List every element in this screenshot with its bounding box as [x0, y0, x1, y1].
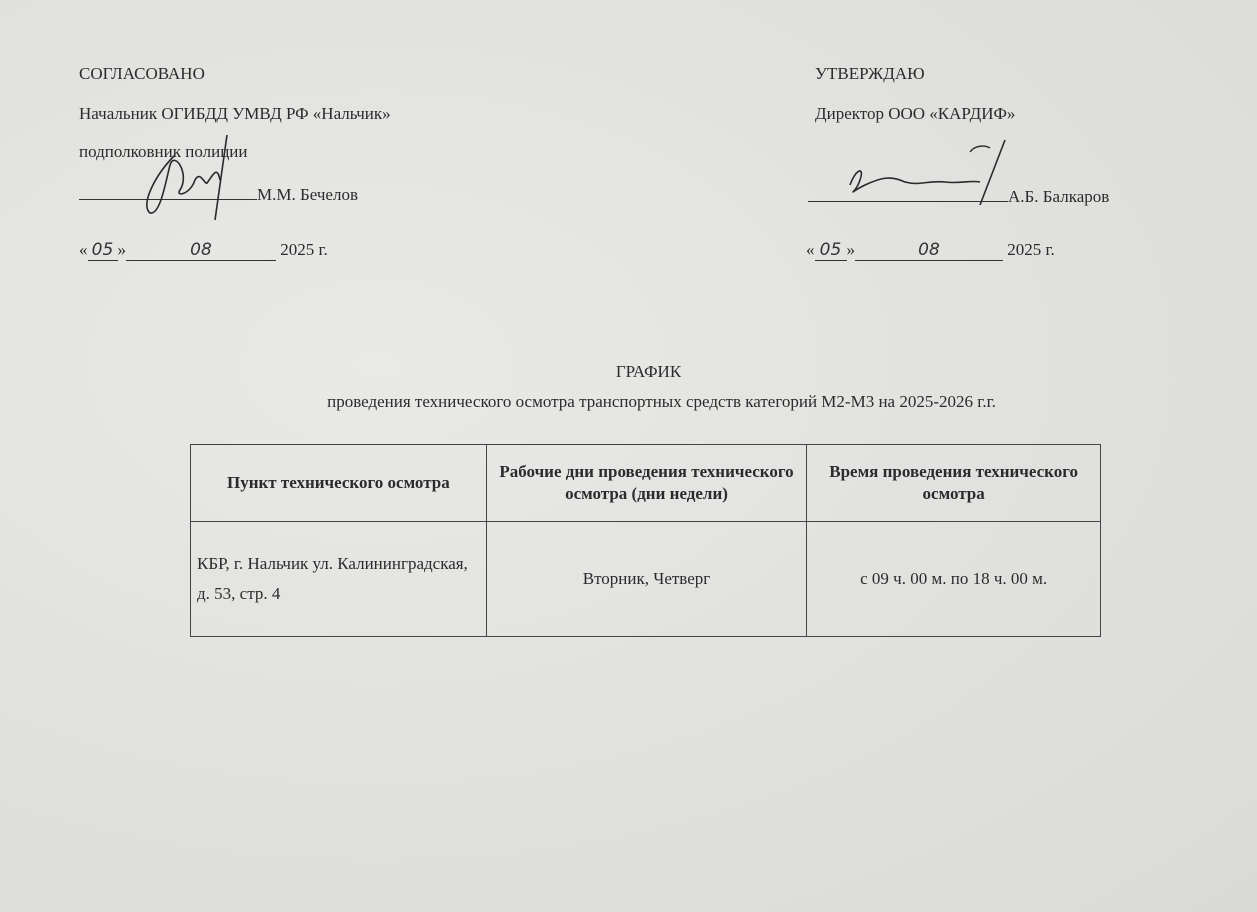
- approved-date: «05»08 2025 г.: [806, 240, 1055, 261]
- agreed-date-month: 08: [126, 240, 276, 261]
- agreed-signatory: М.М. Бечелов: [257, 185, 358, 204]
- agreed-date-day: 05: [88, 240, 118, 261]
- agreed-date-year: 2025 г.: [280, 240, 328, 259]
- approved-date-year: 2025 г.: [1007, 240, 1055, 259]
- approved-position: Директор ООО «КАРДИФ»: [815, 104, 1015, 124]
- cell-location: КБР, г. Нальчик ул. Калининградская, д. …: [191, 522, 487, 637]
- header-location: Пункт технического осмотра: [191, 445, 487, 522]
- header-time: Время проведения технического осмотра: [807, 445, 1101, 522]
- table-header-row: Пункт технического осмотра Рабочие дни п…: [191, 445, 1101, 522]
- header-days: Рабочие дни проведения технического осмо…: [486, 445, 807, 522]
- approved-heading: УТВЕРЖДАЮ: [815, 64, 925, 84]
- agreed-heading: СОГЛАСОВАНО: [79, 64, 205, 84]
- approved-date-month: 08: [855, 240, 1003, 261]
- document-subtitle: проведения технического осмотра транспор…: [33, 392, 1257, 412]
- signature-right: [835, 140, 1035, 210]
- signature-left: [135, 135, 245, 220]
- table-row: КБР, г. Нальчик ул. Калининградская, д. …: [191, 522, 1101, 637]
- agreed-date: «05»08 2025 г.: [79, 240, 328, 261]
- cell-days: Вторник, Четверг: [486, 522, 807, 637]
- agreed-position: Начальник ОГИБДД УМВД РФ «Нальчик»: [79, 104, 391, 124]
- cell-time: с 09 ч. 00 м. по 18 ч. 00 м.: [807, 522, 1101, 637]
- schedule-table: Пункт технического осмотра Рабочие дни п…: [190, 444, 1101, 637]
- document-title: ГРАФИК: [20, 362, 1257, 382]
- approved-date-day: 05: [815, 240, 847, 261]
